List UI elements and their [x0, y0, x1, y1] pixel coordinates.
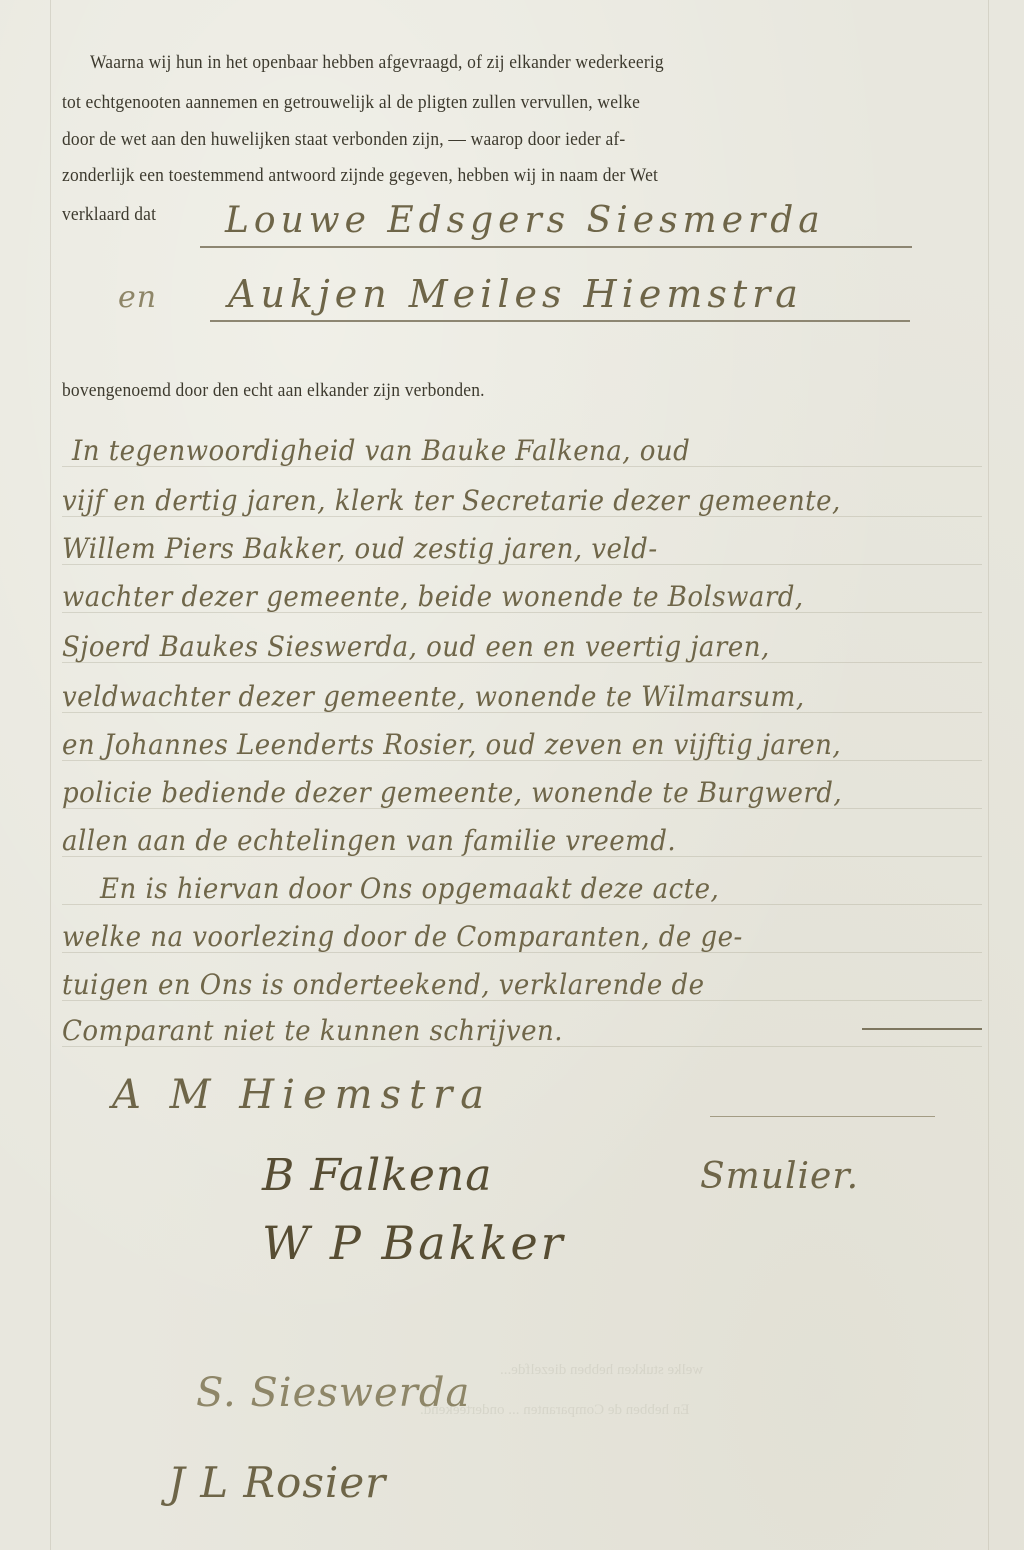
officiant-flourish [710, 1116, 935, 1117]
signature-officiant: Smulier. [700, 1156, 859, 1197]
witness-line-1: In tegenwoordigheid van Bauke Falkena, o… [72, 434, 932, 467]
witness-line-6: veldwachter dezer gemeente, wonende te W… [62, 680, 922, 713]
printed-line-1: Waarna wij hun in het openbaar hebben af… [90, 52, 854, 74]
printed-line-6: bovengenoemd door den echt aan elkander … [62, 380, 826, 402]
witness-line-12: tuigen en Ons is onderteekend, verklaren… [62, 968, 922, 1001]
groom-underline [200, 246, 912, 248]
signature-bride: A M Hiemstra [112, 1072, 492, 1118]
witness-line-4: wachter dezer gemeente, beide wonende te… [62, 580, 922, 613]
left-margin-line [50, 0, 51, 1550]
witness-line-10: En is hiervan door Ons opgemaakt deze ac… [100, 872, 960, 905]
witness-line-11: welke na voorlezing door de Comparanten,… [62, 920, 922, 953]
witness-line-8: policie bediende dezer gemeente, wonende… [62, 776, 922, 809]
witness-line-9: allen aan de echtelingen van familie vre… [62, 824, 922, 857]
groom-name: Louwe Edsgers Siesmerda [225, 200, 825, 241]
bleed-through-text: welke stukken hebben diezelfde... [500, 1362, 703, 1379]
witness-line-3: Willem Piers Bakker, oud zestig jaren, v… [62, 532, 922, 565]
signature-falkena: B Falkena [262, 1150, 492, 1201]
witness-line-7: en Johannes Leenderts Rosier, oud zeven … [62, 728, 922, 761]
witness-line-2: vijf en dertig jaren, klerk ter Secretar… [62, 484, 922, 517]
printed-line-2: tot echtgenooten aannemen en getrouwelij… [62, 92, 826, 114]
printed-line-3: door de wet aan den huwelijken staat ver… [62, 129, 826, 151]
witness-line-13: Comparant niet te kunnen schrijven. [62, 1014, 922, 1047]
signature-bakker: W P Bakker [262, 1216, 566, 1270]
witness-line-5: Sjoerd Baukes Sieswerda, oud een en veer… [62, 630, 922, 663]
bride-underline [210, 320, 910, 322]
signature-rosier: J L Rosier [168, 1458, 386, 1507]
printed-line-4: zonderlijk een toestemmend antwoord zijn… [62, 165, 826, 187]
closing-dash [862, 1028, 982, 1030]
document-page: welke stukken hebben diezelfde... En heb… [0, 0, 1024, 1550]
signature-sieswerda: S. Sieswerda [196, 1370, 470, 1416]
right-margin-line [988, 0, 989, 1550]
bride-name: Aukjen Meiles Hiemstra [228, 272, 803, 316]
connector-en: en [118, 280, 157, 315]
